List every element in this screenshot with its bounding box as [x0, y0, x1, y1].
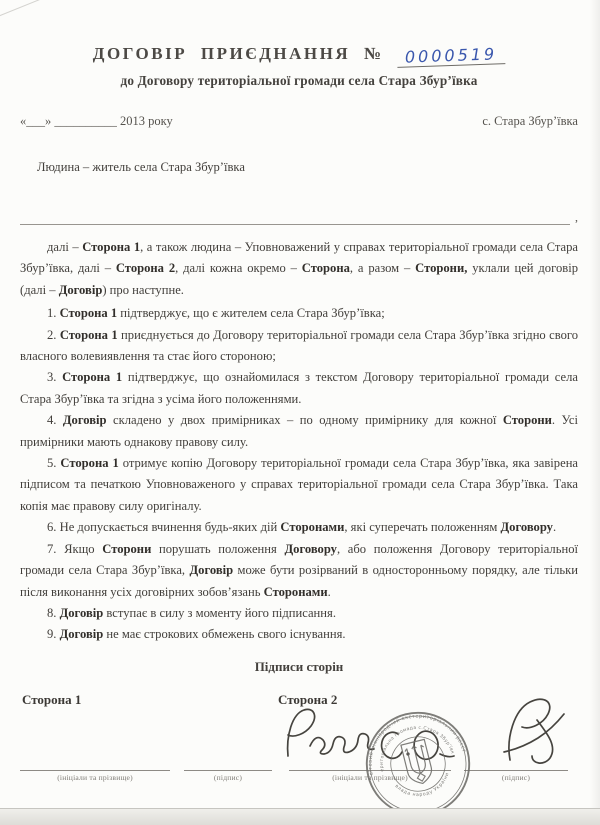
name-blank-row: , [20, 210, 578, 225]
clause-1: 1. Сторона 1 підтверджує, що є жителем с… [20, 303, 578, 324]
party1-sign-field: (підпис) [184, 760, 272, 782]
name-blank-line [20, 212, 570, 225]
signature-area: (ініціали та прізвище) (підпис) (ініціал… [20, 710, 578, 794]
signature-lines-row: (ініціали та прізвище) (підпис) (ініціал… [20, 760, 576, 782]
date-blank: «___» __________ 2013 року [20, 114, 173, 129]
document-subtitle: до Договору територіальної громади села … [20, 73, 578, 89]
party2-label: Сторона 2 [278, 692, 337, 708]
document-content: ДОГОВІР ПРИЄДНАННЯ № 0000519 до Договору… [0, 0, 600, 794]
date-place-row: «___» __________ 2013 року с. Стара Збур… [20, 114, 578, 129]
document-title: ДОГОВІР ПРИЄДНАННЯ № 0000519 [20, 44, 578, 64]
clauses-list: 1. Сторона 1 підтверджує, що є жителем с… [20, 303, 578, 646]
clause-6: 6. Не допускається вчинення будь-яких ді… [20, 517, 578, 538]
trident-shield-icon [401, 739, 435, 786]
signatures-heading: Підписи сторін [20, 659, 578, 675]
party2-sign-field: (підпис) [464, 760, 568, 782]
party1-name-line [20, 760, 170, 771]
trailing-comma: , [575, 210, 578, 225]
clause-3: 3. Сторона 1 підтверджує, що ознайомилас… [20, 367, 578, 410]
clause-2: 2. Сторона 1 приєднується до Договору те… [20, 325, 578, 368]
clause-4: 4. Договір складено у двох примірниках –… [20, 410, 578, 453]
clause-9: 9. Договір не має строкових обмежень сво… [20, 624, 578, 645]
party2-sign-line [464, 760, 568, 771]
clause-5: 5. Сторона 1 отримує копію Договору тери… [20, 453, 578, 517]
place-label: с. Стара Збур’ївка [482, 114, 578, 129]
intro-paragraph: далі – Сторона 1, а також людина – Уповн… [20, 237, 578, 301]
handwritten-agreement-number: 0000519 [397, 44, 506, 68]
party1-label: Сторона 1 [22, 692, 81, 708]
title-text: ДОГОВІР ПРИЄДНАННЯ № [93, 44, 384, 63]
party1-name-label: (ініціали та прізвище) [20, 773, 170, 782]
clause-7: 7. Якщо Сторони порушать положення Догов… [20, 539, 578, 603]
person-definition-line: Людина – житель села Стара Збур’ївка [20, 160, 578, 175]
party1-sign-label: (підпис) [184, 773, 272, 782]
scanned-document-page: ДОГОВІР ПРИЄДНАННЯ № 0000519 до Договору… [0, 0, 600, 825]
party1-sign-line [184, 760, 272, 771]
parties-row: Сторона 1 Сторона 2 [20, 692, 578, 710]
party1-name-field: (ініціали та прізвище) [20, 760, 170, 782]
paper-bottom-edge [0, 808, 600, 825]
clause-8: 8. Договір вступає в силу з моменту його… [20, 603, 578, 624]
